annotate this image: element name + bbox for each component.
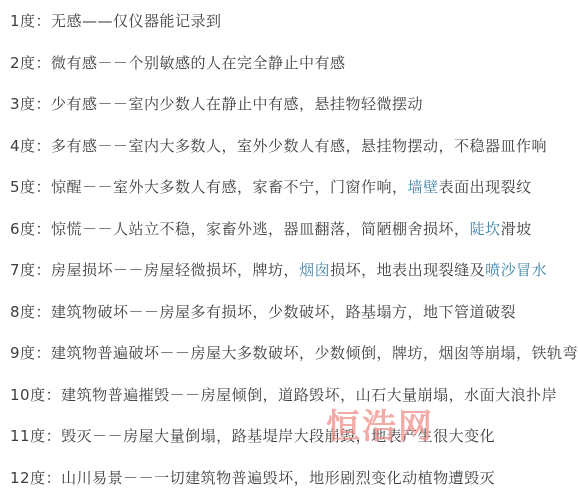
seismic-intensity-document: 1度：无感——仅仪器能记录到2度：微有感－－个别敏感的人在完全静止中有感3度：少… [0, 0, 578, 486]
description-text: 建筑物普遍摧毁－－房屋倾倒，道路毁坏，山石大量崩塌，水面大浪扑岸 [61, 386, 557, 404]
degree-label: 5度： [10, 178, 51, 196]
description-text: 房屋损坏－－房屋轻微损坏，牌坊， [51, 261, 299, 279]
description-text: 多有感－－室内大多数人，室外少数人有感，悬挂物摆动，不稳器皿作响 [51, 137, 547, 155]
term-link[interactable]: 喷沙冒水 [485, 261, 547, 279]
description-text: 滑坡 [501, 220, 532, 238]
intensity-item: 10度：建筑物普遍摧毁－－房屋倾倒，道路毁坏，山石大量崩塌，水面大浪扑岸 [10, 387, 572, 404]
description-text: 微有感－－个别敏感的人在完全静止中有感 [51, 54, 346, 72]
degree-label: 10度： [10, 386, 61, 404]
term-link[interactable]: 墙壁 [408, 178, 439, 196]
term-link[interactable]: 烟囱 [299, 261, 330, 279]
description-text: 建筑物普遍破坏－－房屋大多数破坏，少数倾倒，牌坊，烟囱等崩塌，铁轨弯曲 [51, 344, 578, 362]
degree-label: 11度： [10, 427, 61, 445]
degree-label: 4度： [10, 137, 51, 155]
degree-label: 9度： [10, 344, 51, 362]
intensity-item: 7度：房屋损坏－－房屋轻微损坏，牌坊，烟囱损坏，地表出现裂缝及喷沙冒水 [10, 262, 572, 279]
degree-label: 8度： [10, 303, 51, 321]
degree-label: 12度： [10, 469, 61, 487]
intensity-item: 8度：建筑物破坏－－房屋多有损坏，少数破坏，路基塌方，地下管道破裂 [10, 304, 572, 321]
intensity-list: 1度：无感——仅仪器能记录到2度：微有感－－个别敏感的人在完全静止中有感3度：少… [10, 13, 572, 486]
intensity-item: 9度：建筑物普遍破坏－－房屋大多数破坏，少数倾倒，牌坊，烟囱等崩塌，铁轨弯曲 [10, 345, 572, 362]
description-text: 损坏，地表出现裂缝及 [330, 261, 485, 279]
description-text: 少有感－－室内少数人在静止中有感，悬挂物轻微摆动 [51, 95, 423, 113]
intensity-item: 2度：微有感－－个别敏感的人在完全静止中有感 [10, 55, 572, 72]
description-text: 建筑物破坏－－房屋多有损坏，少数破坏，路基塌方，地下管道破裂 [51, 303, 516, 321]
degree-label: 2度： [10, 54, 51, 72]
intensity-item: 5度：惊醒－－室外大多数人有感，家畜不宁，门窗作响，墙壁表面出现裂纹 [10, 179, 572, 196]
degree-label: 6度： [10, 220, 51, 238]
description-text: 惊醒－－室外大多数人有感，家畜不宁，门窗作响， [51, 178, 408, 196]
intensity-item: 1度：无感——仅仪器能记录到 [10, 13, 572, 30]
intensity-item: 11度：毁灭－－房屋大量倒塌，路基堤岸大段崩毁，地表产生很大变化 [10, 428, 572, 445]
description-text: 惊慌－－人站立不稳，家畜外逃，器皿翻落，简陋棚舍损坏， [51, 220, 470, 238]
degree-label: 1度： [10, 12, 51, 30]
intensity-item: 6度：惊慌－－人站立不稳，家畜外逃，器皿翻落，简陋棚舍损坏，陡坎滑坡 [10, 221, 572, 238]
intensity-item: 12度：山川易景－－一切建筑物普遍毁坏，地形剧烈变化动植物遭毁灭 [10, 470, 572, 487]
degree-label: 7度： [10, 261, 51, 279]
term-link[interactable]: 陡坎 [470, 220, 501, 238]
description-text: 毁灭－－房屋大量倒塌，路基堤岸大段崩毁，地表产生很大变化 [61, 427, 495, 445]
degree-label: 3度： [10, 95, 51, 113]
description-text: 山川易景－－一切建筑物普遍毁坏，地形剧烈变化动植物遭毁灭 [61, 469, 495, 487]
intensity-item: 4度：多有感－－室内大多数人，室外少数人有感，悬挂物摆动，不稳器皿作响 [10, 138, 572, 155]
description-text: 无感——仅仪器能记录到 [51, 12, 222, 30]
intensity-item: 3度：少有感－－室内少数人在静止中有感，悬挂物轻微摆动 [10, 96, 572, 113]
description-text: 表面出现裂纹 [439, 178, 532, 196]
